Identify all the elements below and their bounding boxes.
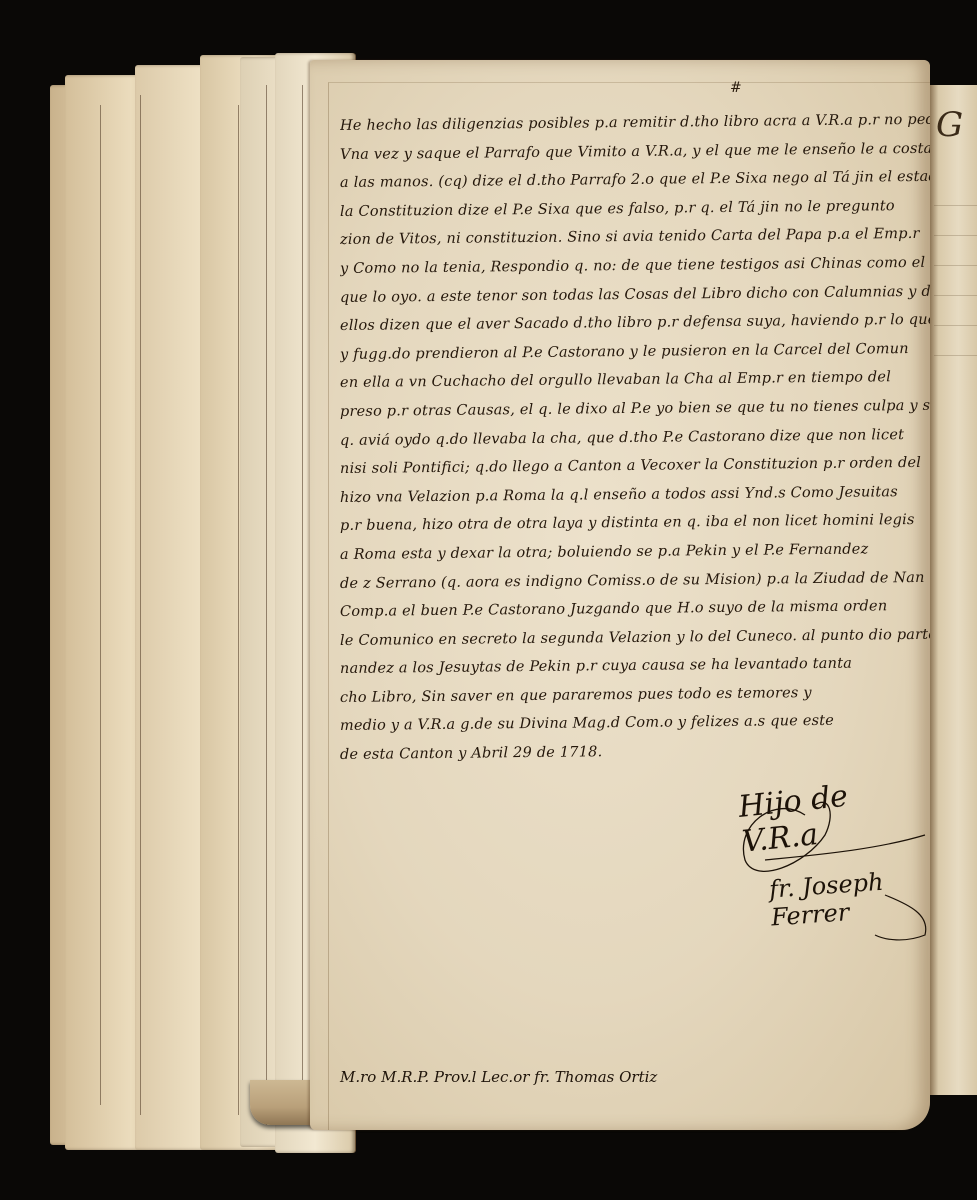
bleed-through-line bbox=[934, 355, 977, 356]
signature: fr. Joseph Ferrer bbox=[768, 864, 932, 931]
bleed-through-line bbox=[934, 265, 977, 266]
closing-salutation: Hijo de V.R.a bbox=[737, 770, 933, 859]
page-edge-tear bbox=[238, 105, 239, 1115]
facing-page: G bbox=[930, 85, 977, 1095]
page-edge-tear bbox=[302, 85, 303, 1125]
letter-closing: Hijo de V.R.a fr. Joseph Ferrer bbox=[730, 780, 930, 926]
bleed-through-line bbox=[934, 325, 977, 326]
bleed-through-line bbox=[934, 295, 977, 296]
facing-page-initial: G bbox=[936, 105, 963, 145]
page-edge-tear bbox=[266, 85, 267, 1125]
letter-body: He hecho las diligenzias posibles p.a re… bbox=[340, 112, 940, 770]
page-edge-tear bbox=[140, 95, 141, 1115]
bleed-through-line bbox=[934, 235, 977, 236]
manuscript-page: # He hecho las diligenzias posibles p.a … bbox=[310, 60, 930, 1130]
bleed-through-line bbox=[934, 205, 977, 206]
page-edge-tear bbox=[100, 105, 101, 1105]
addressee-line: M.ro M.R.P. Prov.l Lec.or fr. Thomas Ort… bbox=[340, 1068, 657, 1086]
folio-mark: # bbox=[730, 80, 742, 96]
text-line date-line: de esta Canton y Abril 29 de 1718. bbox=[340, 735, 940, 770]
